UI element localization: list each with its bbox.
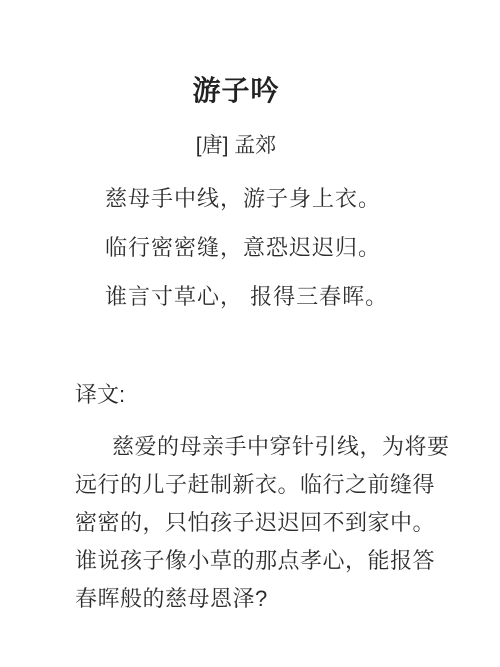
poem-block: 游子吟 [唐] 孟郊 慈母手中线，游子身上衣。 临行密密缝，意恐迟迟归。 谁言寸… (105, 76, 367, 321)
translation-line: 密密的，只怕孩子迟迟回不到家中。 (75, 504, 453, 542)
translation-line: 春晖般的慈母恩泽? (75, 580, 453, 618)
translation-lines: 慈爱的母亲手中穿针引线，为将要 远行的儿子赶制新衣。临行之前缝得 密密的，只怕孩… (75, 428, 453, 618)
translation-line: 远行的儿子赶制新衣。临行之前缝得 (75, 466, 453, 504)
poem-lines: 慈母手中线，游子身上衣。 临行密密缝，意恐迟迟归。 谁言寸草心， 报得三春晖。 (105, 174, 367, 321)
document-page: 游子吟 [唐] 孟郊 慈母手中线，游子身上衣。 临行密密缝，意恐迟迟归。 谁言寸… (0, 0, 500, 667)
translation-block: 译文: 慈爱的母亲手中穿针引线，为将要 远行的儿子赶制新衣。临行之前缝得 密密的… (75, 382, 453, 618)
poem-title: 游子吟 (105, 76, 367, 106)
poem-line: 临行密密缝，意恐迟迟归。 (105, 223, 367, 272)
translation-line: 慈爱的母亲手中穿针引线，为将要 (75, 428, 453, 466)
poem-author: [唐] 孟郊 (105, 134, 367, 158)
translation-label: 译文: (75, 382, 453, 408)
translation-line: 谁说孩子像小草的那点孝心，能报答 (75, 542, 453, 580)
poem-line: 慈母手中线，游子身上衣。 (105, 174, 367, 223)
poem-line: 谁言寸草心， 报得三春晖。 (105, 272, 367, 321)
